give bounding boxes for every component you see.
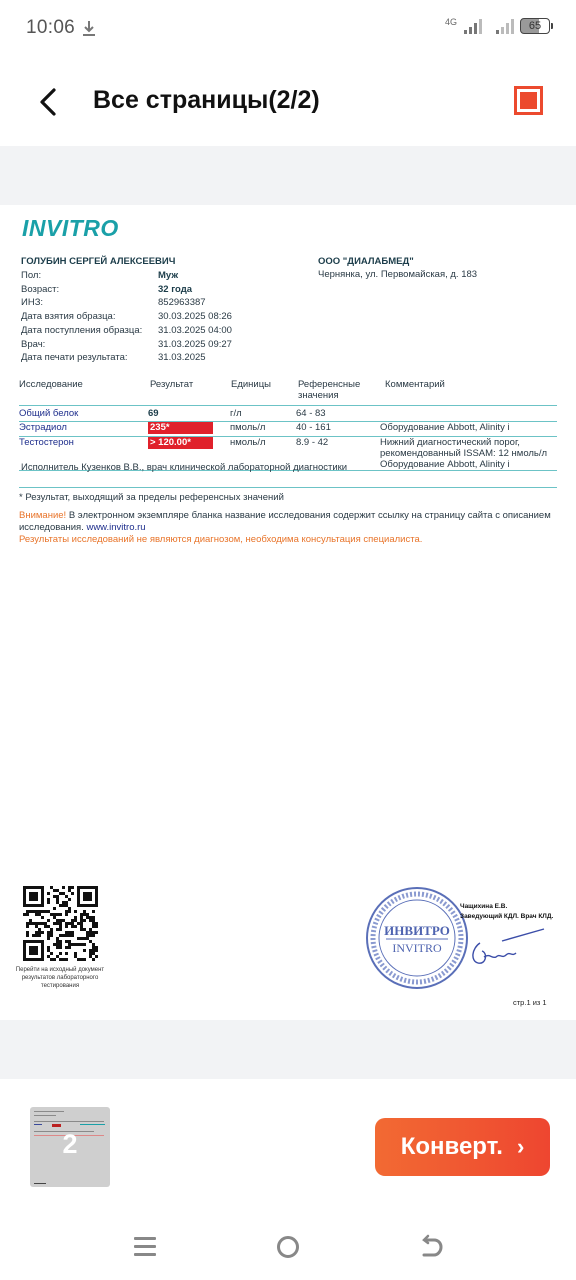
qr-caption: Перейти на исходный документ результатов… bbox=[14, 966, 106, 990]
navigation-bar bbox=[0, 1204, 576, 1280]
chevron-left-icon[interactable] bbox=[34, 84, 64, 120]
patient-name: ГОЛУБИН СЕРГЕЙ АЛЕКСЕЕВИЧ bbox=[21, 256, 175, 267]
bottom-bar: 2 Конверт. › bbox=[0, 1079, 576, 1204]
patient-field-label: Дата взятия образца: bbox=[21, 311, 115, 322]
patient-field-value: 852963387 bbox=[158, 297, 206, 308]
notice: Внимание! В электронном экземпляре бланк… bbox=[19, 510, 559, 534]
result-value: 69 bbox=[148, 408, 159, 420]
comment: Оборудование Abbott, Alinity i bbox=[380, 422, 510, 434]
signer-name: Чащихина Е.В. bbox=[460, 903, 507, 910]
thumbnail-number: 2 bbox=[30, 1129, 110, 1160]
reference-range: 64 - 83 bbox=[296, 408, 326, 420]
patient-field-label: Врач: bbox=[21, 339, 45, 350]
test-name-link[interactable]: Эстрадиол bbox=[19, 422, 67, 434]
notice-warning: Внимание! bbox=[19, 510, 66, 521]
signal-icon bbox=[464, 18, 482, 34]
executor: Исполнитель Кузенков В.В., врач клиничес… bbox=[21, 462, 347, 473]
page-number: стр.1 из 1 bbox=[513, 998, 547, 1007]
home-circle-icon[interactable] bbox=[273, 1234, 303, 1260]
units: нмоль/л bbox=[230, 437, 266, 449]
invitro-link[interactable]: www.invitro.ru bbox=[86, 522, 145, 533]
signal-icon-2 bbox=[496, 18, 514, 34]
battery-level: 65 bbox=[529, 20, 541, 32]
patient-field-label: ИНЗ: bbox=[21, 297, 43, 308]
chevron-right-icon: › bbox=[517, 1134, 524, 1160]
patient-field-label: Дата поступления образца: bbox=[21, 325, 142, 336]
menu-icon[interactable] bbox=[130, 1234, 160, 1260]
table-row: Эстрадиол235*пмоль/л40 - 161Оборудование… bbox=[19, 421, 557, 435]
svg-text:INVITRO: INVITRO bbox=[392, 941, 442, 955]
status-time: 10:06 bbox=[26, 17, 75, 39]
page-title: Все страницы(2/2) bbox=[93, 86, 320, 115]
patient-field-value: 32 года bbox=[158, 284, 192, 295]
table-row: Общий белок69г/л64 - 83 bbox=[19, 407, 557, 421]
status-bar: 10:06 4G 65 bbox=[0, 0, 576, 58]
footnote: * Результат, выходящий за пределы рефере… bbox=[19, 492, 284, 503]
patient-field-value: 30.03.2025 08:26 bbox=[158, 311, 232, 322]
test-name-link[interactable]: Тестостерон bbox=[19, 437, 74, 449]
patient-field-label: Возраст: bbox=[21, 284, 59, 295]
document-page[interactable]: INVITRO ГОЛУБИН СЕРГЕЙ АЛЕКСЕЕВИЧ Пол:Му… bbox=[0, 205, 576, 1020]
header-comment: Комментарий bbox=[385, 379, 445, 390]
stamp-icon: ИНВИТРО INVITRO bbox=[364, 885, 470, 991]
reference-range: 8.9 - 42 bbox=[296, 437, 328, 449]
reference-range: 40 - 161 bbox=[296, 422, 331, 434]
patient-field-value: Муж bbox=[158, 270, 178, 281]
battery-icon: 65 bbox=[520, 18, 550, 34]
disclaimer: Результаты исследований не являются диаг… bbox=[19, 534, 422, 545]
flagged-result: 235* bbox=[148, 422, 213, 434]
invitro-logo: INVITRO bbox=[22, 215, 119, 242]
signer: Чащихина Е.В.Заведующий КДЛ. Врач КЛД. bbox=[460, 902, 553, 922]
units: г/л bbox=[230, 408, 242, 420]
flagged-result: > 120.00* bbox=[148, 437, 213, 449]
page-thumbnail[interactable]: 2 bbox=[30, 1107, 110, 1187]
patient-field-value: 31.03.2025 04:00 bbox=[158, 325, 232, 336]
svg-text:ИНВИТРО: ИНВИТРО bbox=[384, 923, 450, 938]
units: пмоль/л bbox=[230, 422, 265, 434]
stop-square-icon bbox=[520, 92, 537, 109]
patient-field-value: 31.03.2025 bbox=[158, 352, 206, 363]
patient-field-value: 31.03.2025 09:27 bbox=[158, 339, 232, 350]
network-type: 4G bbox=[445, 18, 457, 26]
header-result: Результат bbox=[150, 379, 193, 390]
header-reference: Референсныезначения bbox=[298, 379, 360, 401]
header-units: Единицы bbox=[231, 379, 271, 390]
divider bbox=[19, 487, 557, 488]
download-icon bbox=[82, 18, 96, 38]
table-row: Тестостерон> 120.00*нмоль/л8.9 - 42Нижни… bbox=[19, 436, 557, 450]
lab-address: Чернянка, ул. Первомайская, д. 183 bbox=[318, 269, 477, 280]
patient-field-label: Дата печати результата: bbox=[21, 352, 128, 363]
test-name-link[interactable]: Общий белок bbox=[19, 408, 78, 420]
convert-button[interactable]: Конверт. › bbox=[375, 1118, 550, 1176]
patient-field-label: Пол: bbox=[21, 270, 41, 281]
convert-label: Конверт. bbox=[401, 1133, 503, 1161]
status-indicators: 4G 65 bbox=[445, 18, 550, 34]
stop-square-button[interactable] bbox=[514, 86, 543, 115]
qr-code[interactable] bbox=[23, 886, 98, 961]
signer-title: Заведующий КДЛ. Врач КЛД. bbox=[460, 913, 553, 920]
back-arrow-icon[interactable] bbox=[417, 1234, 447, 1260]
app-bar: Все страницы(2/2) bbox=[0, 58, 576, 146]
header-test: Исследование bbox=[19, 379, 83, 390]
signature bbox=[462, 923, 547, 973]
divider bbox=[19, 405, 557, 406]
lab-name: ООО "ДИАЛАБМЕД" bbox=[318, 256, 414, 267]
